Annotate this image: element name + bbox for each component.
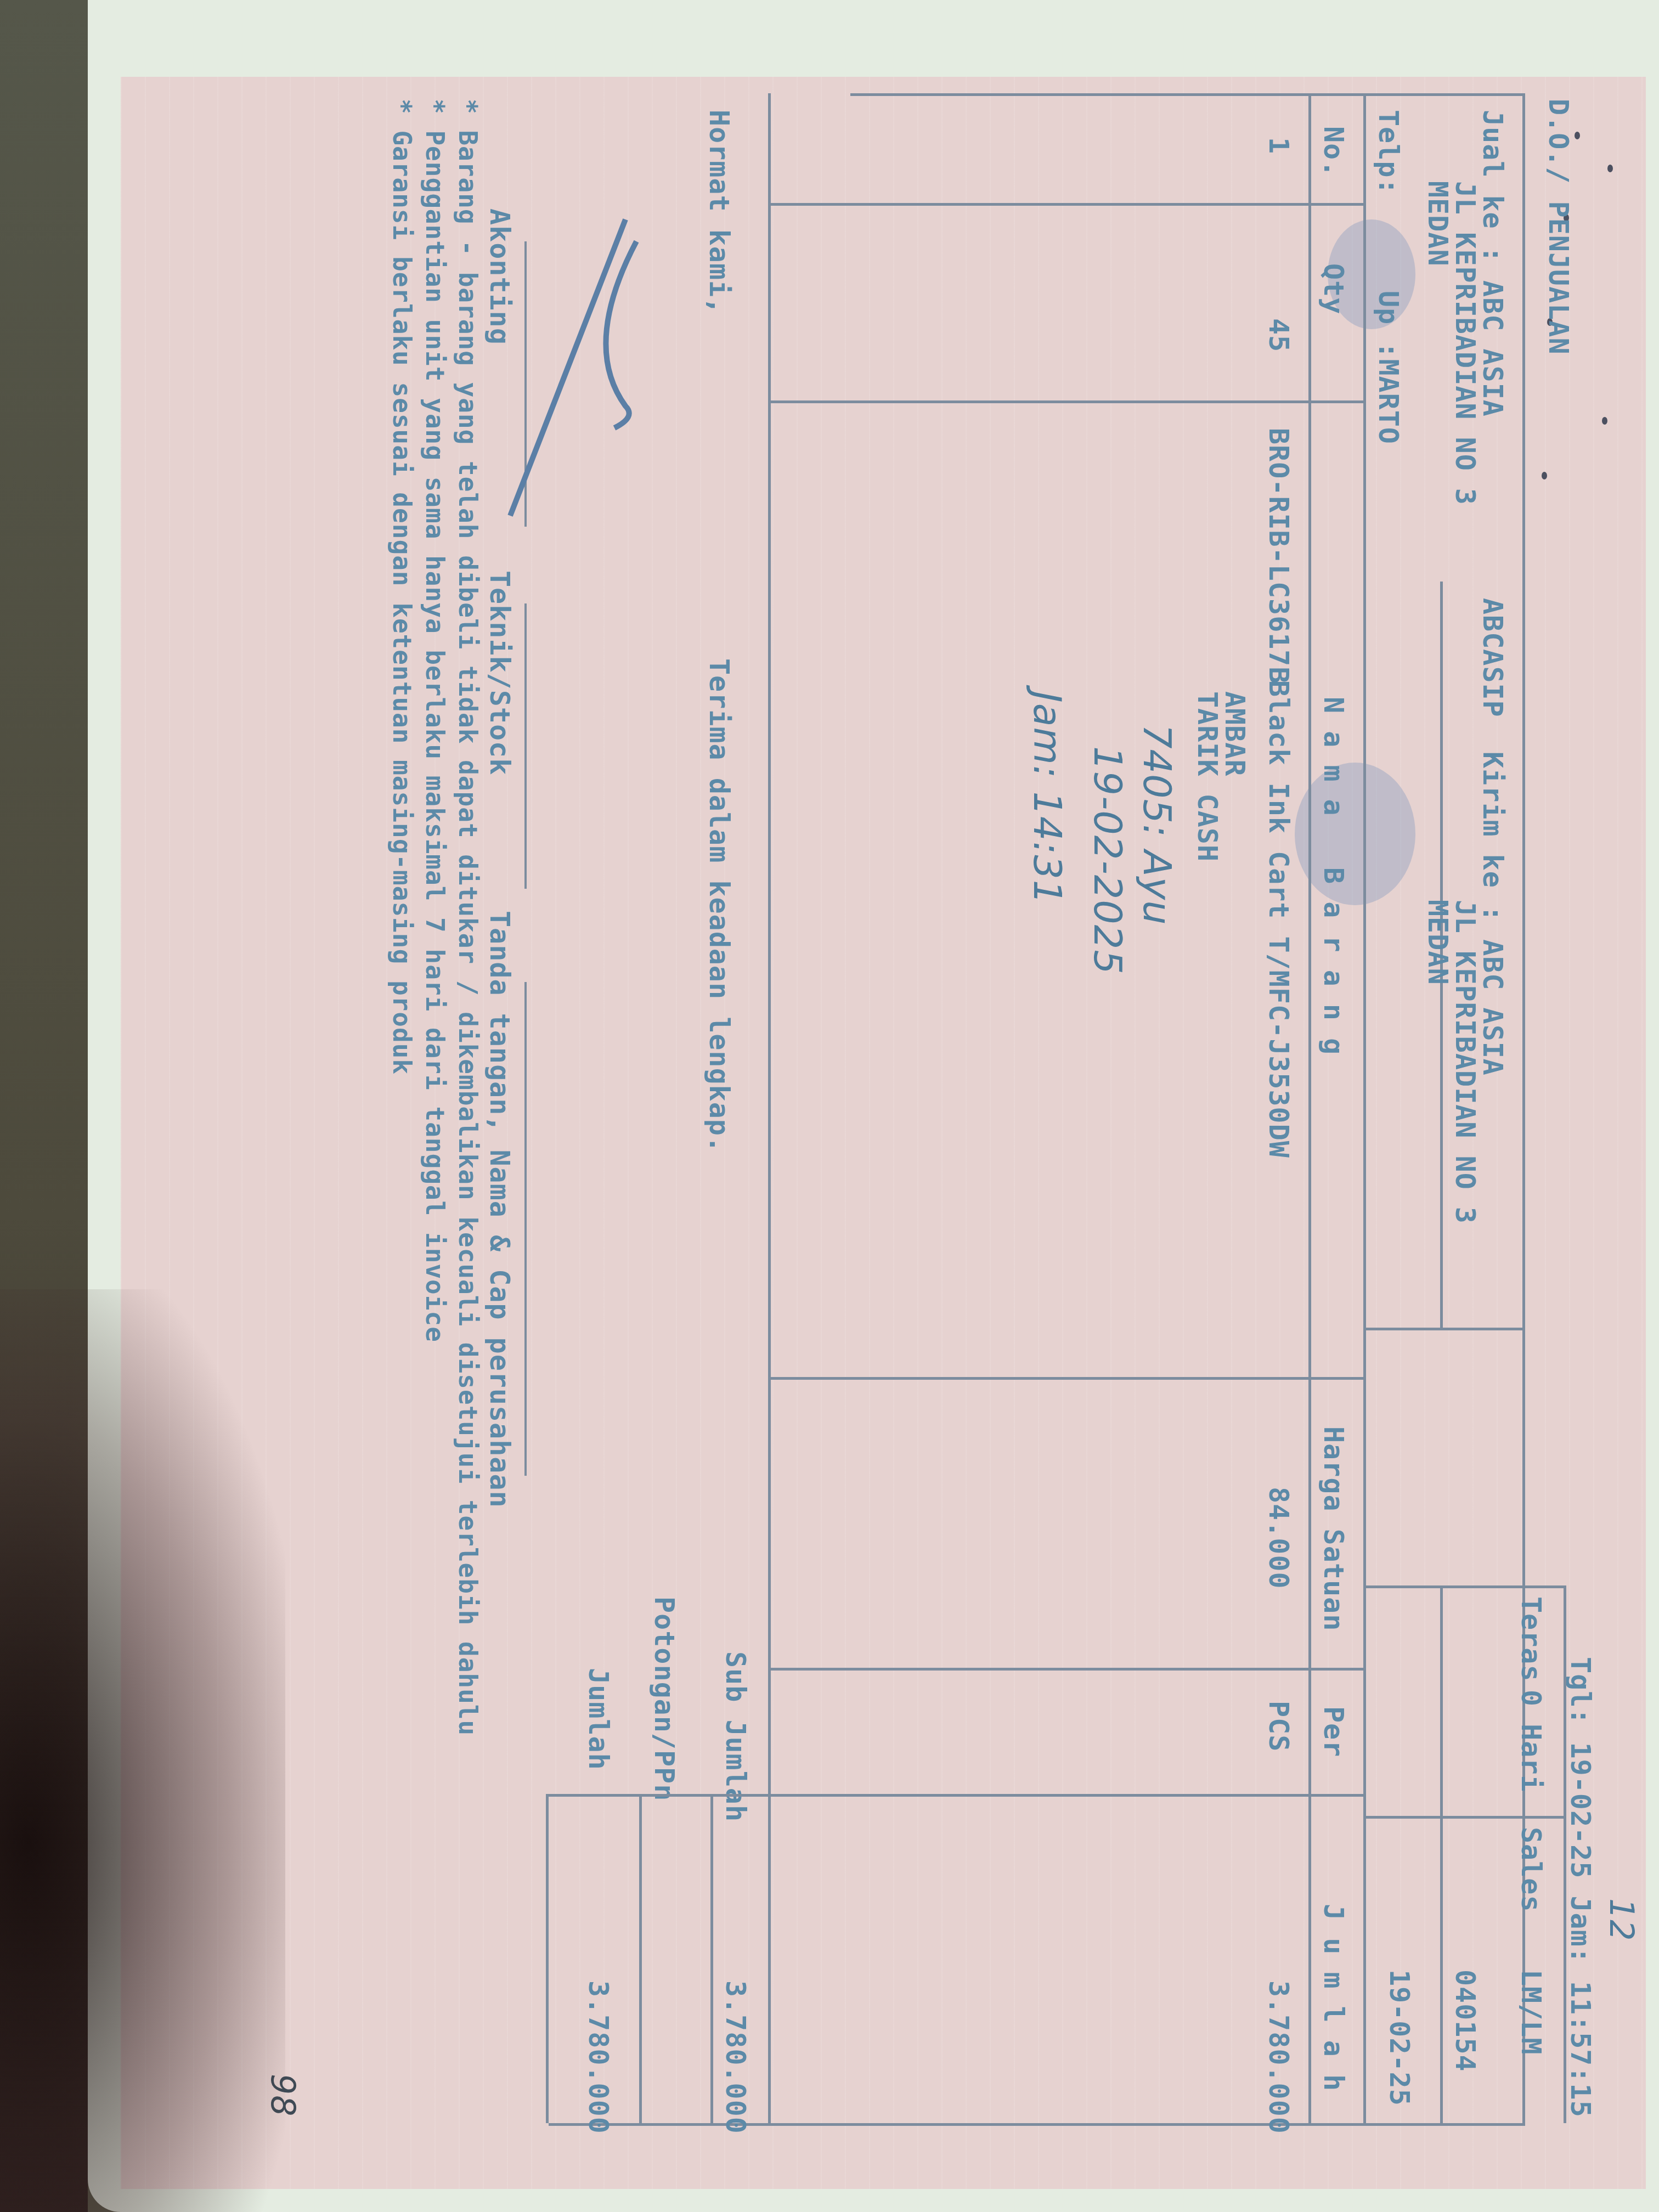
delivery-order-receipt: D.O./ PENJUALAN Tgl: 19-02-25 Jam: 11:57… (121, 77, 1646, 2189)
handwritten-date: 19-02-2025 (1085, 746, 1130, 975)
footer-note-3: * Garansi berlaku sesuai dengan ketentua… (387, 99, 417, 1075)
ship-to-address: JL KEPRIBADIAN NO 3 (1449, 900, 1481, 1224)
totals-rule (639, 1794, 642, 2123)
row-unit-price: 84.000 (1263, 1487, 1295, 1589)
header-divider (1366, 1328, 1525, 1330)
top-right-handwritten-mark: 12 (1602, 1898, 1640, 1941)
signature-line-stock (524, 603, 527, 889)
row-note-1: AMBAR (1219, 691, 1251, 777)
col-divider-price (771, 1668, 1363, 1671)
sold-to-address: JL KEPRIBADIAN NO 3 (1449, 181, 1481, 505)
sold-to-city: MEDAN (1422, 181, 1454, 267)
col-divider-unit (771, 1794, 1363, 1797)
attention: Up :MARTO (1373, 291, 1404, 444)
footer-note-2: * Penggantian unit yang sama hanya berla… (420, 99, 450, 1342)
signature-scribble (483, 208, 647, 538)
corner-handwritten-mark: 98 (263, 2074, 302, 2117)
phone-label: Telp: (1373, 110, 1404, 195)
received-text: Terima dalam keadaan lengkap. (703, 658, 735, 1153)
frame-left-rule (850, 93, 1525, 96)
receipt-photo: D.O./ PENJUALAN Tgl: 19-02-25 Jam: 11:57… (121, 77, 1646, 2189)
ship-to-city: MEDAN (1422, 900, 1454, 985)
totals-rule (710, 1794, 713, 2123)
table-header-rule (1308, 93, 1311, 2123)
col-header-unit-price: Harga Satuan (1318, 1426, 1350, 1631)
signature-line-customer (524, 982, 527, 1476)
sales-value: LM/LM (1515, 1970, 1547, 2055)
document-title: D.O./ PENJUALAN (1543, 99, 1575, 355)
col-header-amount: J u m l a h (1318, 1904, 1350, 2091)
customer-code: ABCASIP (1477, 598, 1509, 718)
col-divider-qty (771, 400, 1363, 403)
header-box-top (1564, 1585, 1566, 2123)
sales-label: Sales (1515, 1827, 1547, 1912)
ship-to-label: Kirim ke : ABC ASIA (1477, 752, 1509, 1076)
dirt-speck (1607, 165, 1613, 172)
dirt-speck (1602, 417, 1607, 425)
totals-divider (549, 1794, 768, 1797)
frame-top-rule (1522, 93, 1525, 2123)
row-amount: 3.780.000 (1263, 1980, 1295, 2134)
handwritten-time: Jam: 14:31 (1025, 691, 1070, 905)
row-unit: PCS (1263, 1701, 1295, 1752)
sign-stock-label: Teknik/Stock (484, 571, 516, 775)
sold-to-label: Jual ke : ABC ASIA (1477, 110, 1509, 417)
col-header-qty: Qty (1318, 263, 1350, 314)
ink-stain (1295, 763, 1415, 905)
subtotal-value: 3.780.000 (720, 1980, 752, 2134)
table-bottom-rule (768, 93, 771, 2123)
footer-note-1: * Barang - barang yang telah dibeli tida… (453, 99, 483, 1736)
terms-value: 0 Hari (1515, 1690, 1547, 1792)
col-header-unit: Per (1318, 1706, 1350, 1757)
terms-label: Teras (1515, 1596, 1547, 1682)
handwritten-ref: 7405: Ayu (1135, 724, 1180, 926)
dirt-speck (1542, 472, 1547, 479)
doc-date: 19-02-25 (1384, 1970, 1415, 2106)
row-code: BRO-RIB-LC3617B (1263, 428, 1295, 684)
row-note-2: TARIK CASH (1192, 691, 1223, 862)
row-qty: 45 (1263, 318, 1295, 352)
col-divider-no (771, 203, 1363, 206)
row-description: Black Ink Cart T/MFC-J3530DW (1263, 680, 1295, 1158)
date-time: Tgl: 19-02-25 Jam: 11:57:15 (1565, 1657, 1596, 2118)
header-divider (1366, 1816, 1566, 1819)
header-mid-rule (1440, 1585, 1443, 2123)
total-label: Jumlah (583, 1668, 614, 1770)
sign-customer-label: Tanda tangan, Nama & Cap perusahaan (484, 911, 516, 1508)
table-surface (0, 0, 88, 2212)
col-divider-name (771, 1377, 1363, 1380)
discount-label: Potongan/PPn (648, 1596, 680, 1801)
frame-right-rule (549, 2123, 1525, 2126)
col-header-no: No. (1318, 126, 1350, 177)
col-header-item-name: N a m a B a r a n g (1318, 697, 1350, 1055)
dirt-speck (1575, 132, 1580, 139)
total-value: 3.780.000 (583, 1980, 614, 2134)
row-no: 1 (1263, 137, 1295, 154)
totals-bottom-rule (546, 1794, 549, 2123)
regards-text: Hormat kami, (703, 110, 735, 314)
header-bottom-rule (1363, 93, 1366, 2123)
header-divider (1366, 1585, 1566, 1588)
doc-number: 040154 (1449, 1970, 1481, 2072)
